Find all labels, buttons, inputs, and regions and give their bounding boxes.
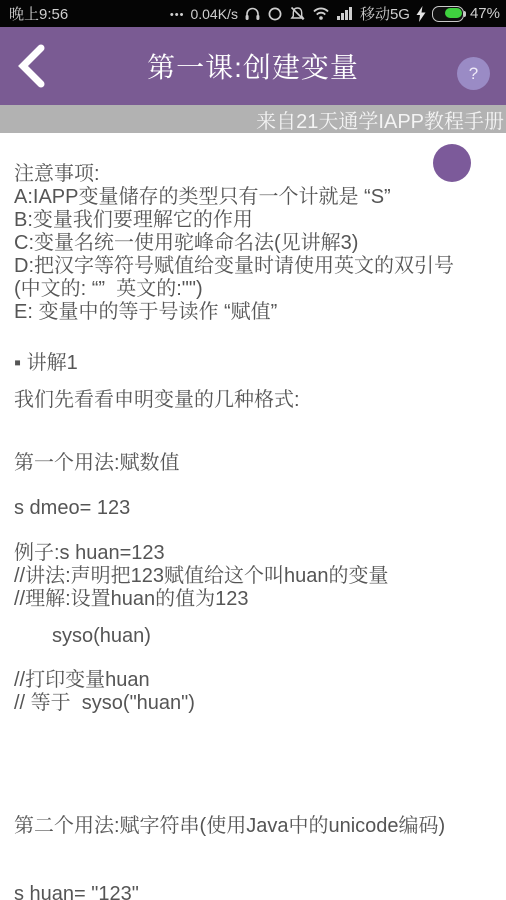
usage1-heading: 第一个用法:赋数值 (14, 452, 498, 475)
help-label: ? (469, 64, 478, 84)
help-button[interactable]: ? (457, 57, 490, 90)
back-button[interactable] (0, 27, 64, 105)
carrier-label: 移动5G (360, 3, 410, 24)
partial-code-line: s huan= "123" (14, 883, 498, 900)
status-time: 晚上9:56 (9, 3, 68, 24)
floating-dot-button[interactable] (433, 144, 471, 182)
source-bar: 来自21天通学IAPP教程手册 (0, 105, 506, 133)
battery-fill (445, 8, 462, 18)
more-dots-icon: ••• (170, 9, 185, 21)
battery-percent: 47% (470, 5, 500, 22)
status-bar: 晚上9:56 ••• 0.04K/s (0, 0, 506, 27)
usage2-heading: 第二个用法:赋字符串(使用Java中的unicode编码) (14, 815, 498, 838)
phone-screen: 晚上9:56 ••• 0.04K/s (0, 0, 506, 900)
code-syso-call: syso(huan) (14, 625, 498, 648)
mute-bell-icon (289, 6, 306, 22)
chevron-left-icon (15, 43, 49, 89)
notes-paragraph: 注意事项: A:IAPP变量储存的类型只有一个计就是 “S” B:变量我们要理解… (14, 163, 498, 324)
print-comment-block: //打印变量huan // 等于 syso("huan") (14, 669, 498, 715)
source-text: 来自21天通学IAPP教程手册 (256, 105, 504, 134)
app-header: 第一课:创建变量 (0, 27, 506, 105)
sync-circle-icon (267, 6, 283, 22)
wifi-icon (312, 6, 330, 21)
code-declare-number: s dmeo= 123 (14, 497, 498, 520)
example-comment-block: 例子:s huan=123 //讲法:声明把123赋值给这个叫huan的变量 /… (14, 542, 498, 611)
headphones-icon (244, 6, 261, 22)
signal-bars-icon (336, 6, 354, 21)
network-speed: 0.04K/s (190, 6, 237, 22)
charging-bolt-icon (416, 6, 426, 22)
lesson-content[interactable]: 注意事项: A:IAPP变量储存的类型只有一个计就是 “S” B:变量我们要理解… (0, 133, 506, 900)
page-title: 第一课:创建变量 (0, 27, 506, 105)
status-icons: ••• 0.04K/s (170, 3, 500, 24)
battery-nub (464, 11, 466, 17)
battery-icon (432, 6, 464, 22)
lecture1-heading: ▪ 讲解1 (14, 352, 498, 375)
intro-line: 我们先看看申明变量的几种格式: (14, 389, 498, 412)
